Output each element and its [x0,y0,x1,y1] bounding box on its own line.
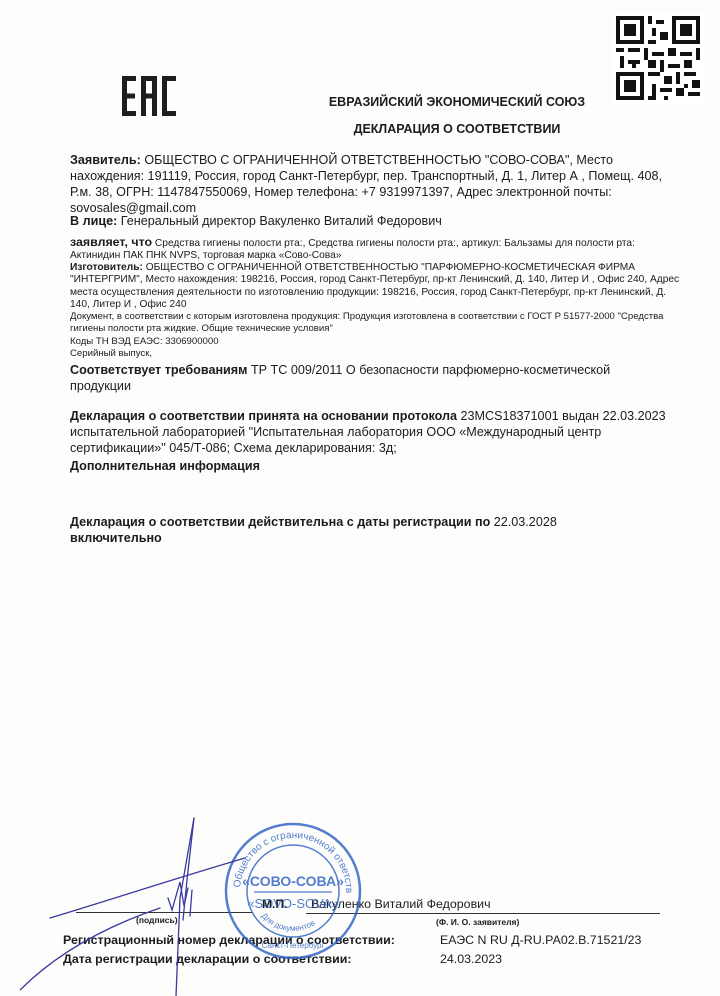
document-title: ДЕКЛАРАЦИЯ О СООТВЕТСТВИИ [97,122,720,136]
manufacturer-section: Изготовитель: ОБЩЕСТВО С ОГРАНИЧЕННОЙ ОТ… [70,262,684,312]
additional-info-section: Дополнительная информация [70,458,682,474]
tn-ved-codes: Коды ТН ВЭД ЕАЭС: 3306900000 [70,336,684,348]
serial-release: Серийный выпуск, [70,348,684,360]
compliance-section: Соответствует требованиям ТР ТС 009/2011… [70,362,660,394]
document-basis: Документ, в соответствии с которым изгот… [70,311,684,336]
validity-inclusive: включительно [70,531,162,545]
representative-section: В лице: Генеральный директор Вакуленко В… [70,213,682,229]
applicant-section: Заявитель: ОБЩЕСТВО С ОГРАНИЧЕННОЙ ОТВЕТ… [70,152,682,216]
declares-section: заявляет, что Средства гигиены полости р… [70,236,684,263]
manufacturer-text: ОБЩЕСТВО С ОГРАНИЧЕННОЙ ОТВЕТСТВЕННОСТЬЮ… [70,262,679,310]
manufacturer-label: Изготовитель: [70,262,143,273]
declares-label: заявляет, что [70,235,152,249]
union-title: ЕВРАЗИЙСКИЙ ЭКОНОМИЧЕСКИЙ СОЮЗ [97,95,720,109]
protocol-section: Декларация о соответствии принята на осн… [70,408,682,456]
qr-code-icon [612,12,704,104]
applicant-text: ОБЩЕСТВО С ОГРАНИЧЕННОЙ ОТВЕТСТВЕННОСТЬЮ… [70,153,662,215]
representative-text: Генеральный директор Вакуленко Виталий Ф… [117,214,442,228]
handwritten-signature [20,800,340,996]
validity-section: Декларация о соответствии действительна … [70,514,610,546]
validity-date: 22.03.2028 [490,515,557,529]
applicant-label: Заявитель: [70,153,141,167]
validity-label: Декларация о соответствии действительна … [70,515,490,529]
protocol-label: Декларация о соответствии принята на осн… [70,409,457,423]
declares-text: Средства гигиены полости рта:, Средства … [70,238,635,261]
registration-number-value: ЕАЭС N RU Д-RU.РА02.В.71521/23 [440,933,641,947]
registration-date-value: 24.03.2023 [440,952,502,966]
compliance-label: Соответствует требованиям [70,363,247,377]
name-caption: (Ф. И. О. заявителя) [436,917,519,927]
additional-info-label: Дополнительная информация [70,459,260,473]
representative-label: В лице: [70,214,117,228]
